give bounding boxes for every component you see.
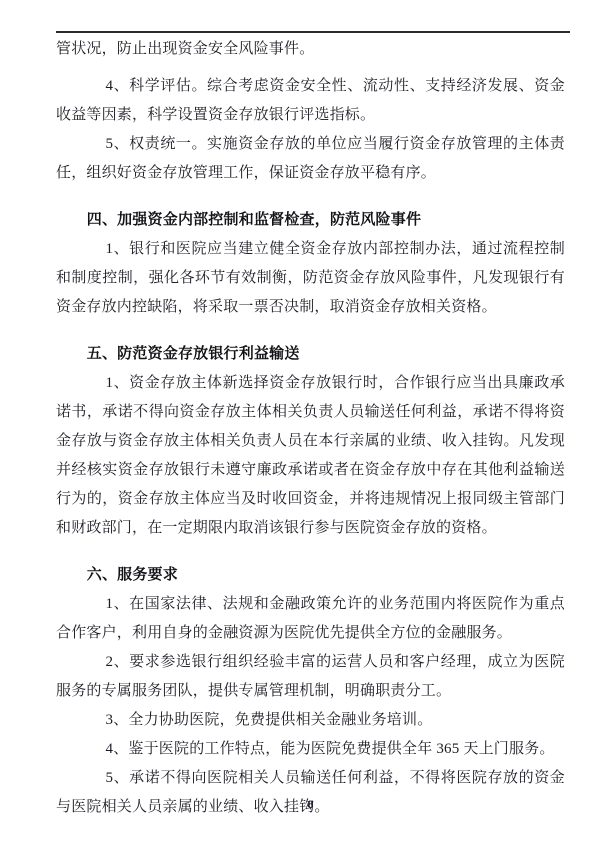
section-heading-5: 五、防范资金存放银行利益输送 — [56, 340, 565, 369]
list-item-paragraph: 1、银行和医院应当建立健全资金存放内部控制办法，通过流程控制和制度控制，强化各环… — [56, 235, 565, 322]
section-heading-4: 四、加强资金内部控制和监督检查，防范风险事件 — [56, 206, 565, 235]
list-item-paragraph: 2、要求参选银行组织经验丰富的运营人员和客户经理，成立为医院服务的专属服务团队，… — [56, 648, 565, 706]
document-body: 管状况，防止出现资金安全风险事件。 4、科学评估。综合考虑资金安全性、流动性、支… — [56, 35, 565, 822]
paragraph: 管状况，防止出现资金安全风险事件。 — [56, 35, 565, 64]
list-item-paragraph: 4、科学评估。综合考虑资金安全性、流动性、支持经济发展、资金收益等因素，科学设置… — [56, 72, 565, 130]
list-item-paragraph: 1、资金存放主体新选择资金存放银行时，合作银行应当出具廉政承诺书，承诺不得向资金… — [56, 369, 565, 543]
list-item-paragraph: 5、权责统一。实施资金存放的单位应当履行资金存放管理的主体责任，组织好资金存放管… — [56, 130, 565, 188]
document-page: 管状况，防止出现资金安全风险事件。 4、科学评估。综合考虑资金安全性、流动性、支… — [0, 0, 603, 844]
header-rule-line — [56, 31, 570, 33]
list-item-paragraph: 5、承诺不得向医院相关人员输送任何利益，不得将医院存放的资金与医院相关人员亲属的… — [56, 764, 565, 822]
page-number: 8 — [56, 797, 565, 812]
list-item-paragraph: 1、在国家法律、法规和金融政策允许的业务范围内将医院作为重点合作客户，利用自身的… — [56, 590, 565, 648]
list-item-paragraph: 4、鉴于医院的工作特点，能为医院免费提供全年 365 天上门服务。 — [56, 735, 565, 764]
section-heading-6: 六、服务要求 — [56, 561, 565, 590]
list-item-paragraph: 3、全力协助医院，免费提供相关金融业务培训。 — [56, 706, 565, 735]
